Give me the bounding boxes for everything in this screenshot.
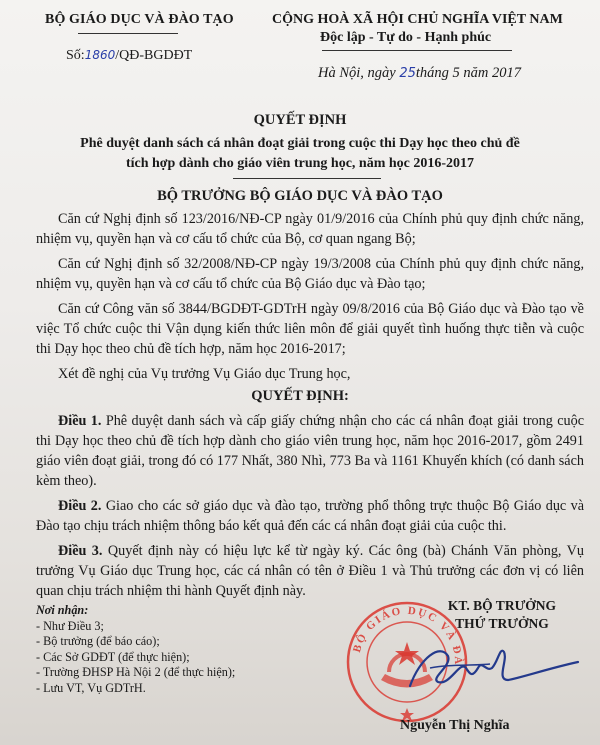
preamble-paragraph: Căn cứ Công văn số 3844/BGDĐT-GDTrH ngày… <box>36 299 584 359</box>
decision-document: BỘ GIÁO DỤC VÀ ĐÀO TẠO Số:1860/QĐ-BGDĐT … <box>0 0 600 745</box>
document-subject: Phê duyệt danh sách cá nhân đoạt giải tr… <box>0 134 600 174</box>
recipient-item: - Lưu VT, Vụ GDTrH. <box>36 681 235 697</box>
issuing-ministry: BỘ GIÁO DỤC VÀ ĐÀO TẠO <box>45 12 234 28</box>
preamble-paragraph: Xét đề nghị của Vụ trưởng Vụ Giáo dục Tr… <box>36 364 584 384</box>
recipients-heading: Nơi nhận: <box>36 603 235 619</box>
issuing-authority: BỘ TRƯỞNG BỘ GIÁO DỤC VÀ ĐÀO TẠO <box>0 188 600 205</box>
recipient-item: - Các Sở GDĐT (để thực hiện); <box>36 650 235 666</box>
signer-capacity-line-2: THỨ TRƯỞNG <box>422 616 582 632</box>
national-motto: Độc lập - Tự do - Hạnh phúc <box>320 30 491 46</box>
signer-capacity-line-1: KT. BỘ TRƯỞNG <box>422 598 582 614</box>
motto-underline <box>322 50 512 51</box>
place-date: Hà Nội, ngày 25tháng 5 năm 2017 <box>318 65 521 82</box>
preamble-paragraph: Căn cứ Nghị định số 32/2008/NĐ-CP ngày 1… <box>36 254 584 294</box>
date-prefix: Hà Nội, ngày <box>318 65 399 81</box>
ministry-underline <box>78 33 178 34</box>
document-type-heading: QUYẾT ĐỊNH <box>0 112 600 129</box>
document-number: Số:1860/QĐ-BGDĐT <box>66 48 192 64</box>
decision-heading: QUYẾT ĐỊNH: <box>0 388 600 405</box>
subject-underline <box>233 178 381 179</box>
doc-number-suffix: /QĐ-BGDĐT <box>115 48 192 63</box>
doc-number-handwritten: 1860 <box>85 48 116 62</box>
article-label: Điều 1. <box>58 413 101 429</box>
article-label: Điều 3. <box>58 543 102 559</box>
doc-number-prefix: Số: <box>66 48 85 63</box>
date-day-handwritten: 25 <box>399 66 416 81</box>
article-2: Điều 2. Giao cho các sở giáo dục và đào … <box>36 496 584 536</box>
subject-line-1: Phê duyệt danh sách cá nhân đoạt giải tr… <box>0 134 600 154</box>
recipients-list: Nơi nhận: - Như Điều 3; - Bộ trưởng (để … <box>36 603 235 696</box>
date-suffix: tháng 5 năm 2017 <box>416 65 521 81</box>
article-3: Điều 3. Quyết định này có hiệu lực kể từ… <box>36 541 584 601</box>
article-label: Điều 2. <box>58 498 101 514</box>
subject-line-2: tích hợp dành cho giáo viên trung học, n… <box>0 154 600 174</box>
national-title: CỘNG HOÀ XÃ HỘI CHỦ NGHĨA VIỆT NAM <box>272 12 563 28</box>
article-1: Điều 1. Phê duyệt danh sách và cấp giấy … <box>36 411 584 491</box>
recipient-item: - Bộ trưởng (để báo cáo); <box>36 634 235 650</box>
recipient-item: - Trường ĐHSP Hà Nội 2 (để thực hiện); <box>36 665 235 681</box>
signer-name: Nguyễn Thị Nghĩa <box>400 718 509 734</box>
recipient-item: - Như Điều 3; <box>36 619 235 635</box>
handwritten-signature-icon <box>400 638 580 698</box>
preamble-paragraph: Căn cứ Nghị định số 123/2016/NĐ-CP ngày … <box>36 209 584 249</box>
